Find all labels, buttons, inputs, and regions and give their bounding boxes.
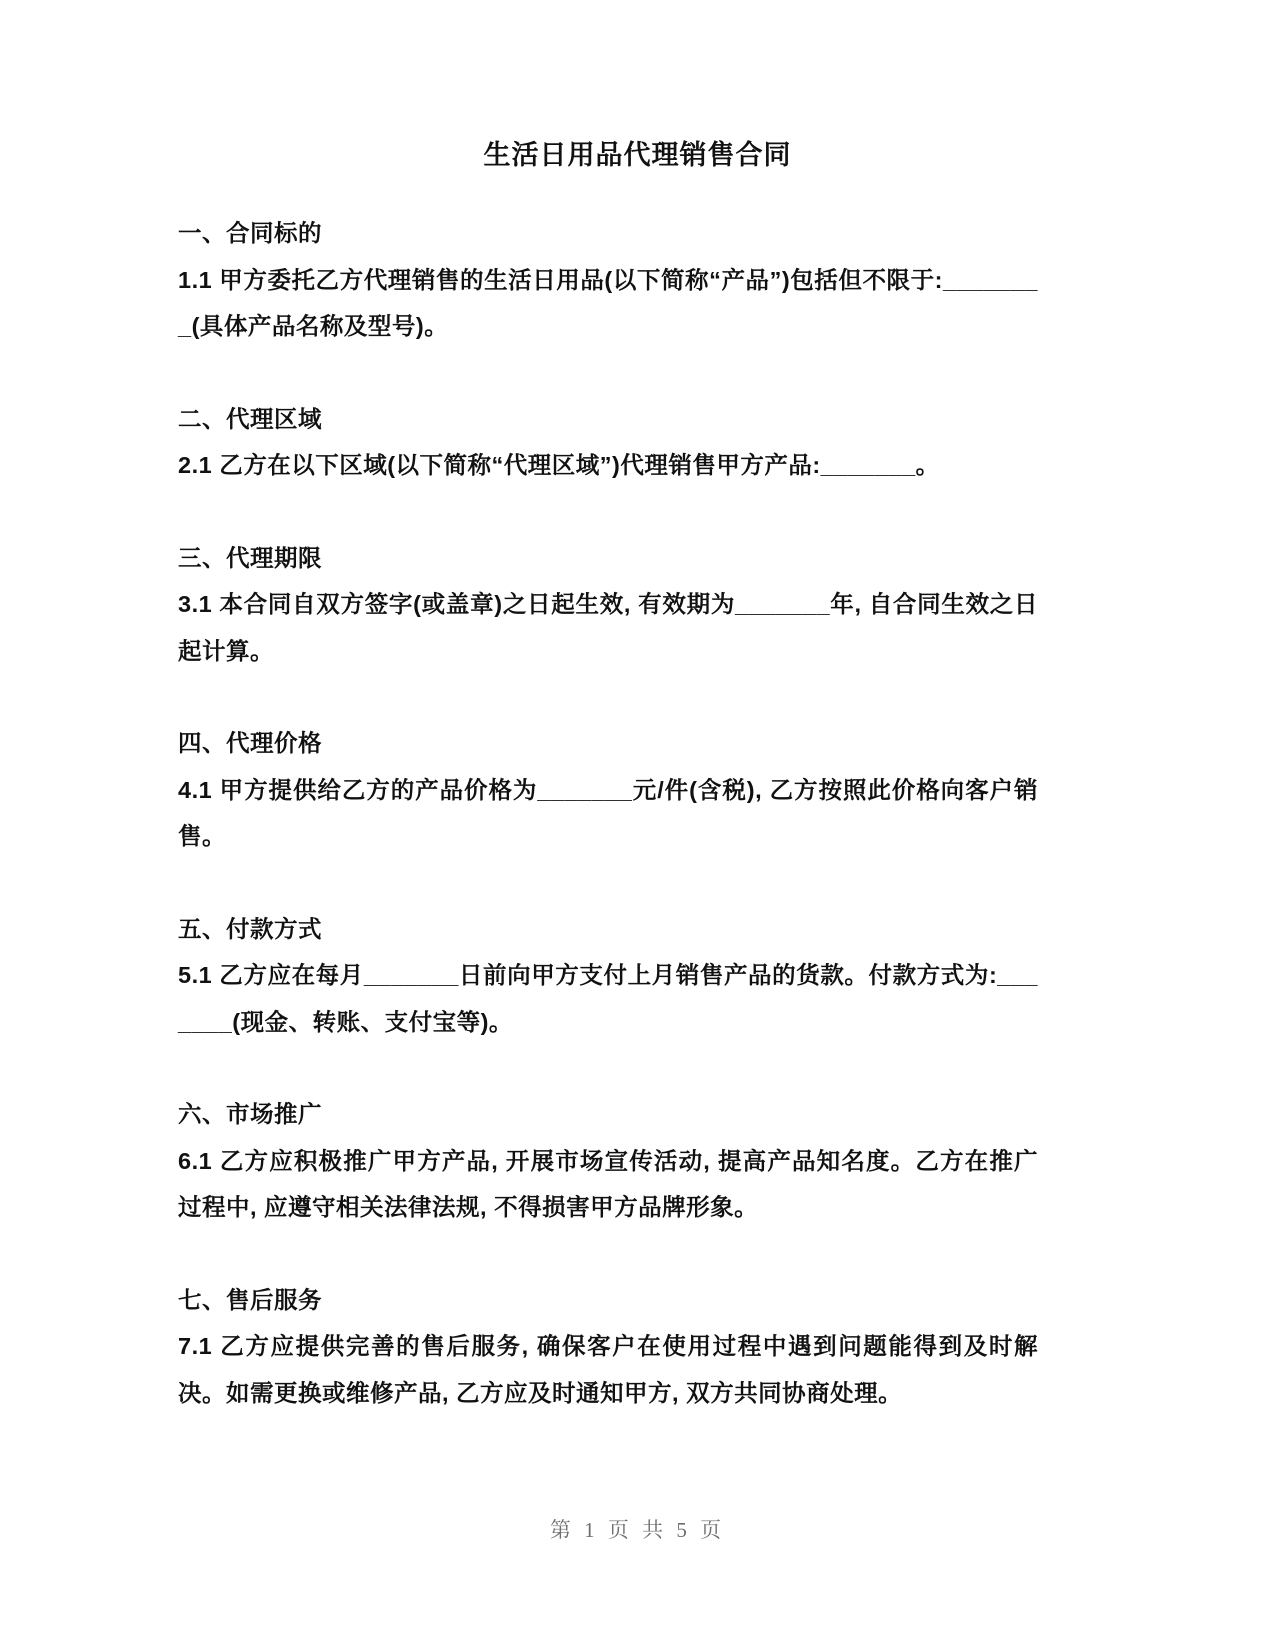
section-term: 三、代理期限 3.1 本合同自双方签字(或盖章)之日起生效, 有效期为_____…: [178, 535, 1038, 675]
section-price: 四、代理价格 4.1 甲方提供给乙方的产品价格为_______元/件(含税), …: [178, 720, 1038, 860]
section-marketing: 六、市场推广 6.1 乙方应积极推广甲方产品, 开展市场宣传活动, 提高产品知名…: [178, 1091, 1038, 1231]
section-heading: 一、合同标的: [178, 210, 1038, 257]
section-paragraph: 1.1 甲方委托乙方代理销售的生活日用品(以下简称“产品”)包括但不限于:___…: [178, 257, 1038, 350]
section-heading: 六、市场推广: [178, 1091, 1038, 1138]
section-payment: 五、付款方式 5.1 乙方应在每月_______日前向甲方支付上月销售产品的货款…: [178, 906, 1038, 1046]
section-paragraph: 6.1 乙方应积极推广甲方产品, 开展市场宣传活动, 提高产品知名度。乙方在推广…: [178, 1138, 1038, 1231]
section-heading: 七、售后服务: [178, 1277, 1038, 1324]
contract-page: 生活日用品代理销售合同 一、合同标的 1.1 甲方委托乙方代理销售的生活日用品(…: [0, 0, 1275, 1650]
section-paragraph: 3.1 本合同自双方签字(或盖章)之日起生效, 有效期为_______年, 自合…: [178, 581, 1038, 674]
section-heading: 二、代理区域: [178, 396, 1038, 443]
section-paragraph: 7.1 乙方应提供完善的售后服务, 确保客户在使用过程中遇到问题能得到及时解决。…: [178, 1323, 1038, 1416]
section-heading: 三、代理期限: [178, 535, 1038, 582]
section-paragraph: 5.1 乙方应在每月_______日前向甲方支付上月销售产品的货款。付款方式为:…: [178, 952, 1038, 1045]
section-subject: 一、合同标的 1.1 甲方委托乙方代理销售的生活日用品(以下简称“产品”)包括但…: [178, 210, 1038, 350]
section-territory: 二、代理区域 2.1 乙方在以下区域(以下简称“代理区域”)代理销售甲方产品:_…: [178, 396, 1038, 489]
section-heading: 四、代理价格: [178, 720, 1038, 767]
section-after-sales: 七、售后服务 7.1 乙方应提供完善的售后服务, 确保客户在使用过程中遇到问题能…: [178, 1277, 1038, 1417]
document-title: 生活日用品代理销售合同: [0, 132, 1275, 178]
page-number-footer: 第 1 页 共 5 页: [0, 1515, 1275, 1545]
section-heading: 五、付款方式: [178, 906, 1038, 953]
document-body: 一、合同标的 1.1 甲方委托乙方代理销售的生活日用品(以下简称“产品”)包括但…: [178, 210, 1038, 1416]
section-paragraph: 2.1 乙方在以下区域(以下简称“代理区域”)代理销售甲方产品:_______。: [178, 442, 1038, 489]
section-paragraph: 4.1 甲方提供给乙方的产品价格为_______元/件(含税), 乙方按照此价格…: [178, 767, 1038, 860]
